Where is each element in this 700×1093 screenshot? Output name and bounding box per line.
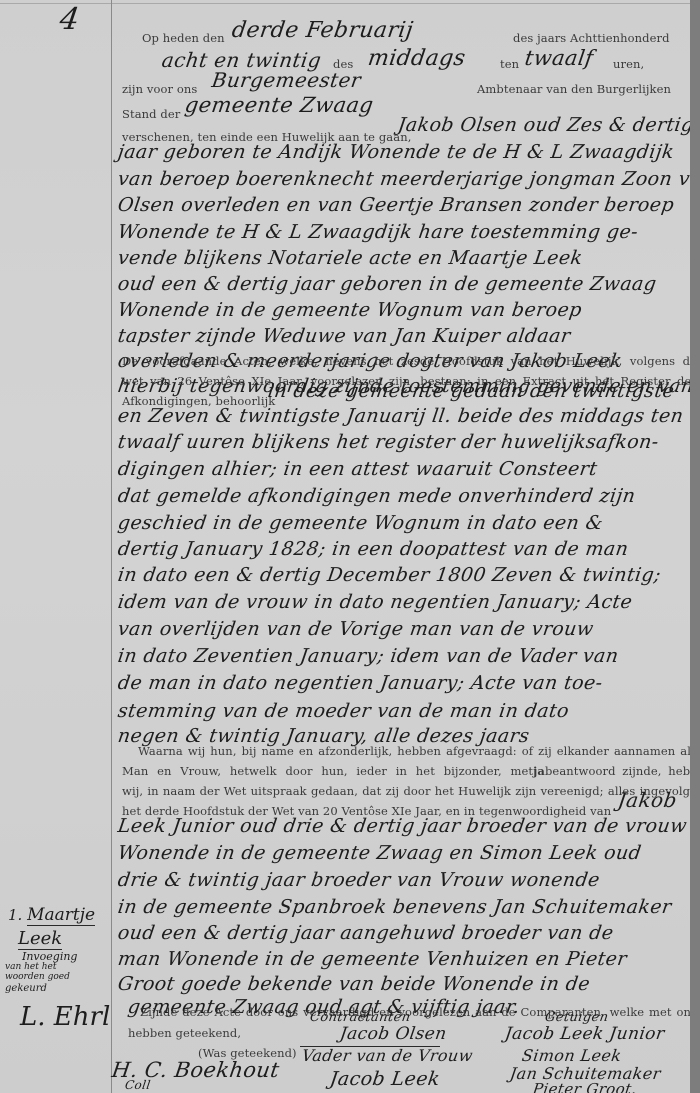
hand-official: Burgemeester [210,68,362,92]
hand-line: oud een & dertig jaar geboren in de geme… [116,273,689,295]
signature-witness-4: Pieter Groot. [532,1080,638,1093]
hand-line: dertig January 1828; in een doopattest v… [116,538,689,560]
signature-groom: Jacob Olsen [339,1024,448,1044]
hand-line: Olsen overleden en van Geertje Bransen z… [116,194,689,216]
margin-note-4: gekeurd [5,983,47,994]
printed-preamble-1: De voorafgaande Acten, welke, nevens het… [122,354,697,368]
hand-line: tapster zijnde Weduwe van Jan Kuiper ald… [116,325,689,347]
printed-declaration-2a: Man en Vrouw, hetwelk door hun, ieder in… [122,764,533,778]
hand-line: jaar geboren te Andijk Wonende te de H &… [116,141,689,163]
printed-declaration-2: Man en Vrouw, hetwelk door hun, ieder in… [122,764,697,778]
hand-line: man Wonende in de gemeente Venhuizen en … [116,948,689,970]
printed-declaration-1: Waarna wij hun, bij name en afzonderlijk… [138,744,697,758]
hand-line: Wonende te H & L Zwaagdijk hare toestemm… [116,221,689,243]
hand-witness-line-0: Jakob [616,788,678,812]
printed-stand-der: Stand der [122,107,180,121]
top-rule [0,3,690,4]
margin-name-2: Leek [18,928,62,950]
hand-municipality: gemeente Zwaag [183,93,375,117]
printed-declaration-2b: beantwoord zijnde, hebben [545,764,700,778]
father-label: Vader van de Vrouw [301,1046,475,1065]
hand-line: idem van de vrouw in dato negentien Janu… [116,591,689,613]
hand-line: digingen alhier; in een attest waaruit C… [116,458,689,480]
margin-note-2: van het het [5,962,56,972]
hand-line: van overlijden van de Vorige man van de … [116,618,689,640]
scan-edge [690,0,700,1093]
hand-line: drie & twintig jaar broeder van Vrouw wo… [116,869,689,891]
hand-line: oud een & dertig jaar aangehuwd broeder … [116,922,689,944]
margin-name-1: Maartje [27,905,95,926]
printed-declaration-3: wij, in naam der Wet uitspraak gedaan, d… [122,784,697,798]
margin-initials: L. Ehrl [20,1002,110,1032]
margin-number: 1. [8,906,22,924]
document-page: 4 Op heden den derde Februarij des jaars… [0,0,690,1093]
hand-line: in dato een & dertig December 1800 Zeven… [116,564,689,586]
margin-line [111,0,112,1093]
hand-date: derde Februarij [230,18,415,43]
margin-note-title: 1. Maartje [8,905,95,925]
coll-note: Coll [124,1078,152,1092]
page-number: 4 [58,2,82,37]
signature-father: Jacob Leek [328,1068,441,1090]
printed-ambtenaar: Ambtenaar van den Burgerlijken [477,82,671,96]
printed-op-heden: Op heden den [142,31,225,45]
hand-line: vende blijkens Notariele acte en Maartje… [116,247,689,269]
printed-uren: uren, [613,57,644,71]
hand-hour: twaalf [523,46,595,70]
printed-closing-1: Zijnde deze Acte door ons vervaardigd en… [140,1005,697,1019]
signature-witness-1: Jacob Leek Junior [504,1024,666,1044]
printed-closing-2: hebben geteekend, [128,1026,241,1040]
hand-time-of-day: middags [366,46,467,71]
hand-line: Wonende in de gemeente Wognum van beroep [116,299,689,321]
hand-line: geschied in de gemeente Wognum in dato e… [116,512,689,534]
printed-ja: ja [533,764,545,778]
hand-line: de man in dato negentien January; Acte v… [116,672,689,694]
hand-line: in de gemeente Spanbroek benevens Jan Sc… [116,896,689,918]
hand-line: Leek Junior oud drie & dertig jaar broed… [116,815,689,837]
hand-groom-line-0: Jakob Olsen oud Zes & dertig [396,114,695,136]
printed-ten: ten [500,57,519,71]
getuigen-label: Getuigen [544,1010,610,1025]
signature-witness-2: Simon Leek [521,1046,623,1065]
hand-line: dat gemelde afkondigingen mede onverhind… [116,485,689,507]
hand-line: in dato Zeventien January; idem van de V… [116,645,689,667]
margin-note-3: woorden goed [5,972,70,982]
hand-docs-line-0: in deze gemeente gedaan den twintigste [266,380,675,402]
margin-name-2-wrap: Leek [18,928,62,949]
contractanten-label: Contractanten [309,1010,412,1025]
hand-line: stemming van de moeder van de man in dat… [116,700,689,722]
hand-line: twaalf uuren blijkens het register der h… [116,431,689,453]
printed-des-jaars: des jaars Achttienhonderd [513,31,670,45]
hand-line: Wonende in de gemeente Zwaag en Simon Le… [116,842,689,864]
hand-line: Groot goede bekende van beide Wonende in… [116,973,689,995]
hand-line: en Zeven & twintigste Januarij ll. beide… [116,405,689,427]
hand-line: van beroep boerenknecht meerderjarige jo… [116,168,689,190]
